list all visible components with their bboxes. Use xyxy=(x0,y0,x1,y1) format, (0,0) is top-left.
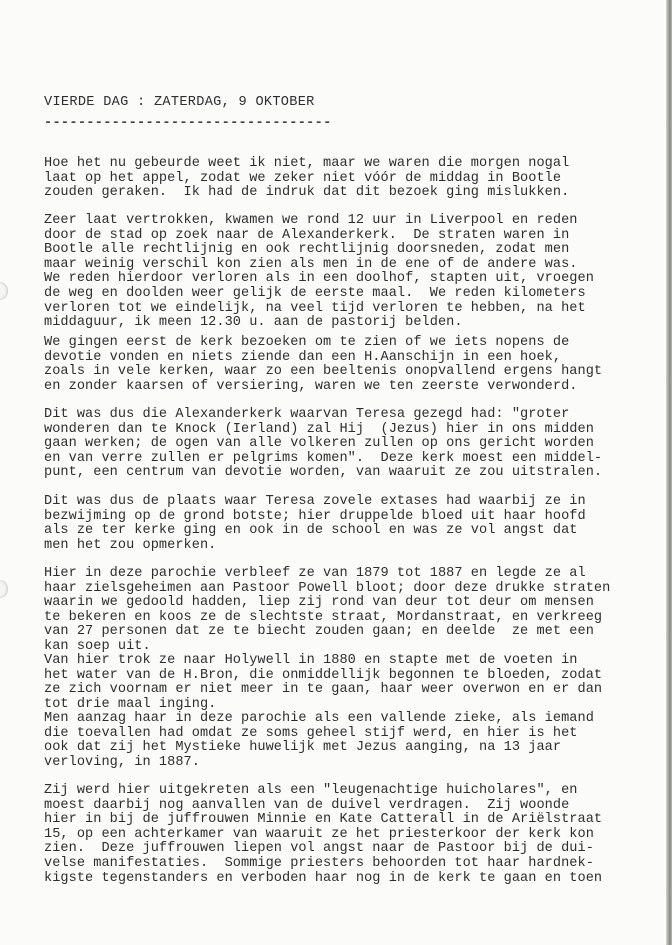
text-line: men het zou opmerken. xyxy=(44,539,586,554)
text-line: Zij werd hier uitgekreten als een "leuge… xyxy=(44,784,602,799)
text-line: Dit was dus die Alexanderkerk waarvan Te… xyxy=(44,408,602,423)
text-line: verloren tot we eindelijk, na veel tijd … xyxy=(44,302,594,317)
text-line: van 27 personen dat ze te biecht zouden … xyxy=(44,625,610,640)
text-line: het water van de H.Bron, die onmiddellij… xyxy=(44,669,602,684)
text-line: verloving, in 1887. xyxy=(44,756,594,771)
punch-hole xyxy=(0,282,8,300)
text-line: als ze ter kerke ging en ook in de schoo… xyxy=(44,524,586,539)
text-line: Hier in deze parochie verbleef ze van 18… xyxy=(44,567,610,582)
text-line: haar zielsgeheimen aan Pastoor Powell bl… xyxy=(44,582,610,597)
text-line: Zeer laat vertrokken, kwamen we rond 12 … xyxy=(44,214,594,229)
text-line: Van hier trok ze naar Holywell in 1880 e… xyxy=(44,654,602,669)
paragraph: Hoe het nu gebeurde weet ik niet, maar w… xyxy=(44,157,569,201)
text-line: kigste tegenstanders en verboden haar no… xyxy=(44,872,602,887)
text-line: We reden hierdoor verloren als in een do… xyxy=(44,272,594,287)
paragraph: Hier in deze parochie verbleef ze van 18… xyxy=(44,567,610,655)
text-line: te bekeren en koos ze de slechtste straa… xyxy=(44,611,610,626)
text-line: zouden geraken. Ik had de indruk dat dit… xyxy=(44,186,569,201)
text-line: middaguur, ik meen 12.30 u. aan de pasto… xyxy=(44,316,594,331)
text-line: ook dat zij het Mystieke huwelijk met Je… xyxy=(44,741,594,756)
text-line: waarin we gedoold hadden, liep zij rond … xyxy=(44,596,610,611)
text-line: 15, op een achterkamer van waaruit ze he… xyxy=(44,828,602,843)
text-line: laat op het appel, zodat we zeker niet v… xyxy=(44,172,569,187)
page-title: VIERDE DAG : ZATERDAG, 9 OKTOBER xyxy=(44,95,315,110)
paragraph: Men aanzag haar in deze parochie als een… xyxy=(44,712,594,770)
text-line: Hoe het nu gebeurde weet ik niet, maar w… xyxy=(44,157,569,172)
text-line: maar weinig verschil kon zien als men in… xyxy=(44,258,594,273)
text-line: bezwijming op de grond botste; hier drup… xyxy=(44,510,586,525)
paragraph: Zeer laat vertrokken, kwamen we rond 12 … xyxy=(44,214,594,331)
text-line: moest daarbij nog aanvallen van de duive… xyxy=(44,799,602,814)
paragraph: Dit was dus die Alexanderkerk waarvan Te… xyxy=(44,408,602,481)
text-line: We gingen eerst de kerk bezoeken om te z… xyxy=(44,336,602,351)
text-line: de weg en doolden weer gelijk de eerste … xyxy=(44,287,594,302)
text-line: en van verre zullen er pelgrims komen". … xyxy=(44,452,602,467)
text-line: zien. Deze juffrouwen liepen vol angst n… xyxy=(44,842,602,857)
text-line: die toevallen had omdat ze soms geheel s… xyxy=(44,727,594,742)
text-line: door de stad op zoek naar de Alexanderke… xyxy=(44,229,594,244)
paragraph: Zij werd hier uitgekreten als een "leuge… xyxy=(44,784,602,886)
text-line: wonderen dan te Knock (Ierland) zal Hij … xyxy=(44,423,602,438)
text-line: Men aanzag haar in deze parochie als een… xyxy=(44,712,594,727)
text-line: velse manifestaties. Sommige priesters b… xyxy=(44,857,602,872)
text-line: ze zich voornam er niet meer in te gaan,… xyxy=(44,683,602,698)
text-line: devotie vonden en niets ziende dan een H… xyxy=(44,351,602,366)
title-underline: ---------------------------------- xyxy=(44,116,332,131)
text-line: hier in bij de juffrouwen Minnie en Kate… xyxy=(44,813,602,828)
text-line: punt, een centrum van devotie worden, va… xyxy=(44,466,602,481)
page-edge xyxy=(666,0,672,945)
paragraph: We gingen eerst de kerk bezoeken om te z… xyxy=(44,336,602,394)
paragraph: Van hier trok ze naar Holywell in 1880 e… xyxy=(44,654,602,712)
text-line: gaan werken; de ogen van alle volkeren z… xyxy=(44,437,602,452)
paragraph: Dit was dus de plaats waar Teresa zovele… xyxy=(44,495,586,553)
punch-hole xyxy=(0,580,8,598)
text-line: en zonder kaarsen of versiering, waren w… xyxy=(44,380,602,395)
text-line: Bootle alle rechtlijnig en ook rechtlijn… xyxy=(44,243,594,258)
text-line: Dit was dus de plaats waar Teresa zovele… xyxy=(44,495,586,510)
text-line: zoals in vele kerken, waar zo een beelte… xyxy=(44,365,602,380)
